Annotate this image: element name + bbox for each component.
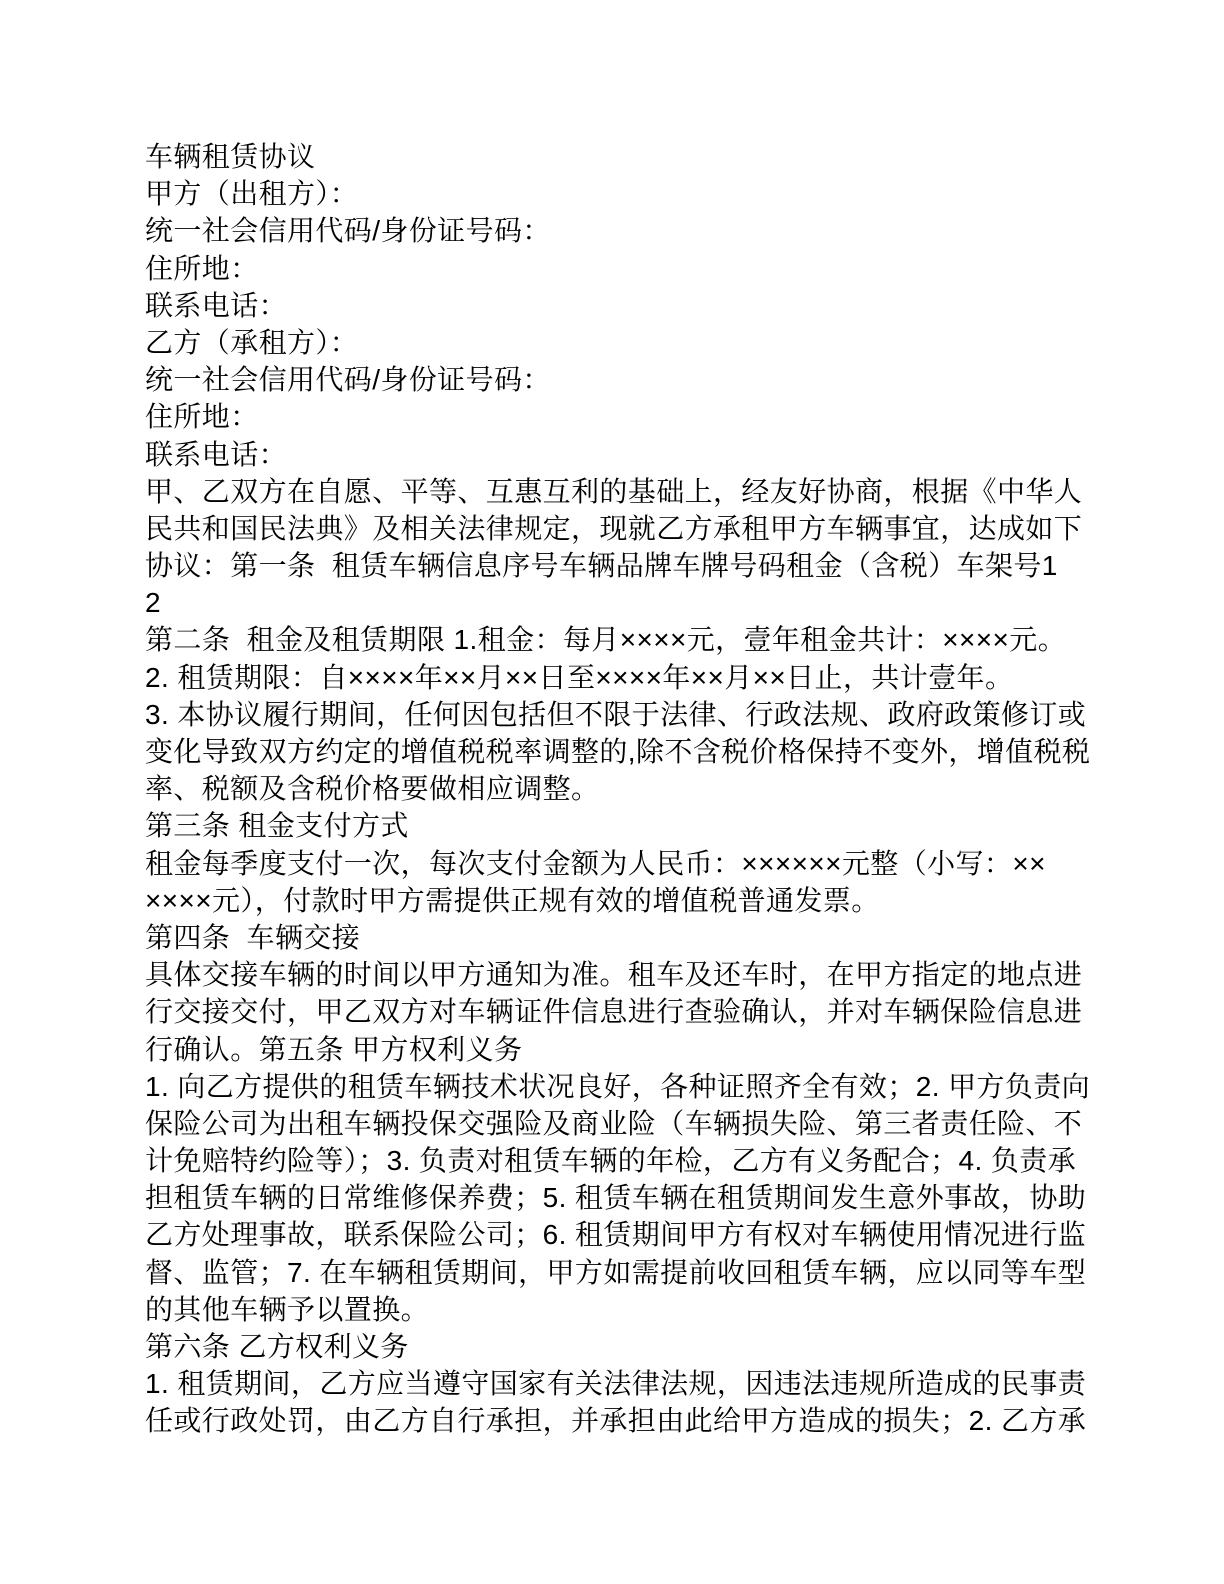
- article-5-heading-line: 行确认。第五条 甲方权利义务: [145, 1031, 1105, 1068]
- article-5-line: 督、监管；7. 在车辆租赁期间，甲方如需提前收回租赁车辆，应以同等车型: [145, 1254, 1105, 1291]
- preamble-line: 民共和国民法典》及相关法律规定，现就乙方承租甲方车辆事宜，达成如下: [145, 510, 1105, 547]
- document-title: 车辆租赁协议: [145, 138, 1105, 175]
- party-a-phone-line: 联系电话：: [145, 287, 1105, 324]
- party-b-phone-line: 联系电话：: [145, 436, 1105, 473]
- article-2-line: 第二条 租金及租赁期限 1.租金：每月××××元，壹年租金共计：××××元。: [145, 621, 1105, 658]
- party-a-address-line: 住所地：: [145, 250, 1105, 287]
- article-5-line: 的其他车辆予以置换。: [145, 1291, 1105, 1328]
- article-3-heading: 第三条 租金支付方式: [145, 807, 1105, 844]
- party-b-label: 乙方（承租方）：: [145, 324, 1105, 361]
- article-5-line: 乙方处理事故，联系保险公司；6. 租赁期间甲方有权对车辆使用情况进行监: [145, 1216, 1105, 1253]
- article-6-line: 1. 租赁期间，乙方应当遵守国家有关法律法规，因违法违规所造成的民事责: [145, 1365, 1105, 1402]
- article-5-line: 担租赁车辆的日常维修保养费；5. 租赁车辆在租赁期间发生意外事故，协助: [145, 1179, 1105, 1216]
- article-1-line: 2: [145, 584, 1105, 621]
- article-4-line: 具体交接车辆的时间以甲方通知为准。租车及还车时，在甲方指定的地点进: [145, 956, 1105, 993]
- article-3-line: 租金每季度支付一次，每次支付金额为人民币：××××××元整（小写：××: [145, 845, 1105, 882]
- article-4-line: 行交接交付，甲乙双方对车辆证件信息进行查验确认，并对车辆保险信息进: [145, 993, 1105, 1030]
- article-3-line: ××××元），付款时甲方需提供正规有效的增值税普通发票。: [145, 882, 1105, 919]
- preamble-line: 甲、乙双方在自愿、平等、互惠互利的基础上，经友好协商，根据《中华人: [145, 473, 1105, 510]
- article-2-line: 3. 本协议履行期间，任何因包括但不限于法律、行政法规、政府政策修订或: [145, 696, 1105, 733]
- article-6-heading: 第六条 乙方权利义务: [145, 1328, 1105, 1365]
- party-b-credit-code-line: 统一社会信用代码/身份证号码：: [145, 361, 1105, 398]
- article-2-line: 2. 租赁期限：自××××年××月××日至××××年××月××日止，共计壹年。: [145, 659, 1105, 696]
- article-2-line: 率、税额及含税价格要做相应调整。: [145, 770, 1105, 807]
- article-5-line: 计免赔特约险等）；3. 负责对租赁车辆的年检，乙方有义务配合；4. 负责承: [145, 1142, 1105, 1179]
- article-2-line: 变化导致双方约定的增值税税率调整的,除不含税价格保持不变外，增值税税: [145, 733, 1105, 770]
- article-5-line: 保险公司为出租车辆投保交强险及商业险（车辆损失险、第三者责任险、不: [145, 1105, 1105, 1142]
- party-a-label: 甲方（出租方）：: [145, 175, 1105, 212]
- party-a-credit-code-line: 统一社会信用代码/身份证号码：: [145, 212, 1105, 249]
- article-1-line: 协议：第一条 租赁车辆信息序号车辆品牌车牌号码租金（含税）车架号1: [145, 547, 1105, 584]
- article-4-heading: 第四条 车辆交接: [145, 919, 1105, 956]
- article-5-line: 1. 向乙方提供的租赁车辆技术状况良好，各种证照齐全有效；2. 甲方负责向: [145, 1068, 1105, 1105]
- party-b-address-line: 住所地：: [145, 398, 1105, 435]
- document-text-block: 车辆租赁协议 甲方（出租方）： 统一社会信用代码/身份证号码： 住所地： 联系电…: [145, 138, 1105, 1440]
- document-page: 车辆租赁协议 甲方（出租方）： 统一社会信用代码/身份证号码： 住所地： 联系电…: [0, 0, 1224, 1584]
- article-6-line: 任或行政处罚，由乙方自行承担，并承担由此给甲方造成的损失；2. 乙方承: [145, 1402, 1105, 1439]
